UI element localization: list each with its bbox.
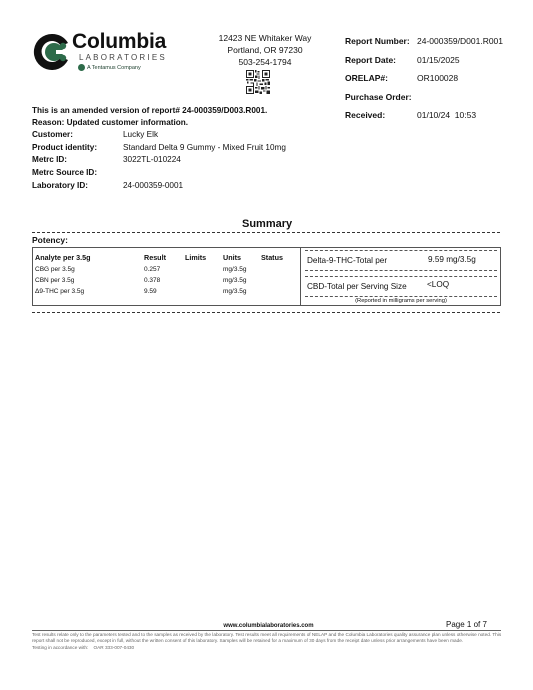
meta-row-report-date: Report Date: 01/15/2025 — [345, 51, 503, 70]
amendment-notice: This is an amended version of report# 24… — [32, 105, 267, 128]
report-meta: Report Number: 24-000359/D001.R001 Repor… — [345, 32, 503, 125]
cell-units: mg/3.5g — [223, 266, 261, 273]
logo-name: Columbia — [72, 30, 166, 54]
total-value-cbd: <LOQ — [427, 280, 449, 289]
cell-result: 0.378 — [144, 277, 185, 284]
columbia-logo-icon — [32, 32, 72, 72]
logo-parent-company: A Tentamus Company — [78, 64, 141, 71]
meta-row-orelap: ORELAP#: OR100028 — [345, 69, 503, 88]
potency-table: Analyte per 3.5g Result Limits Units Sta… — [33, 248, 301, 305]
logo-subtitle: LABORATORIES — [79, 53, 167, 62]
info-label: Metrc ID: — [32, 155, 123, 164]
potency-label: Potency: — [32, 235, 68, 245]
lab-address: 12423 NE Whitaker Way Portland, OR 97230… — [190, 32, 340, 68]
amendment-reason: Reason: Updated customer information. — [32, 117, 267, 129]
customer-info: Customer: Lucky Elk Product identity: St… — [32, 128, 286, 192]
tentamus-icon — [78, 64, 85, 71]
reporting-note: (Reported in milligrams per serving) — [303, 298, 499, 304]
meta-value: 24-000359/D001.R001 — [417, 36, 503, 46]
table-row: CBG per 3.5g 0.257 mg/3.5g — [35, 264, 301, 275]
info-label: Product identity: — [32, 143, 123, 152]
divider-dashed — [305, 270, 497, 271]
meta-label: Report Number: — [345, 36, 417, 46]
meta-row-purchase-order: Purchase Order: — [345, 88, 503, 107]
meta-row-received: Received: 01/10/24 10:53 — [345, 106, 503, 125]
total-label-d9thc: Delta-9-THC-Total per — [307, 256, 387, 265]
meta-value: 01/15/2025 — [417, 55, 460, 65]
qr-code-icon[interactable] — [246, 70, 270, 94]
address-city: Portland, OR 97230 — [190, 44, 340, 56]
meta-label: Report Date: — [345, 55, 417, 65]
info-row-metrc-source-id: Metrc Source ID: — [32, 166, 286, 179]
info-row-laboratory-id: Laboratory ID: 24-000359-0001 — [32, 179, 286, 192]
amendment-line: This is an amended version of report# 24… — [32, 105, 267, 117]
col-units: Units — [223, 253, 261, 262]
info-label: Metrc Source ID: — [32, 168, 123, 177]
divider-dashed — [32, 232, 500, 233]
divider-dashed — [305, 276, 497, 277]
cell-result: 0.257 — [144, 266, 185, 273]
address-phone: 503-254-1794 — [190, 56, 340, 68]
info-value: Lucky Elk — [123, 130, 158, 139]
company-logo: Columbia LABORATORIES A Tentamus Company — [32, 28, 162, 74]
info-row-metrc-id: Metrc ID: 3022TL-010224 — [32, 154, 286, 167]
potency-box: Analyte per 3.5g Result Limits Units Sta… — [32, 247, 501, 306]
potency-table-header: Analyte per 3.5g Result Limits Units Sta… — [35, 251, 301, 264]
summary-title: Summary — [242, 218, 292, 230]
cell-analyte: Δ9-THC per 3.5g — [35, 288, 144, 295]
table-row: CBN per 3.5g 0.378 mg/3.5g — [35, 275, 301, 286]
meta-label: Received: — [345, 110, 417, 120]
info-value: Standard Delta 9 Gummy - Mixed Fruit 10m… — [123, 143, 286, 152]
meta-value: OR100028 — [417, 73, 458, 83]
cell-result: 9.59 — [144, 288, 185, 295]
divider-dashed — [305, 296, 497, 297]
page-number: Page 1 of 7 — [446, 620, 487, 629]
cell-analyte: CBN per 3.5g — [35, 277, 144, 284]
cell-units: mg/3.5g — [223, 277, 261, 284]
footer-divider — [32, 630, 501, 631]
divider-dashed — [32, 312, 500, 313]
meta-row-report-number: Report Number: 24-000359/D001.R001 — [345, 32, 503, 51]
info-label: Laboratory ID: — [32, 181, 123, 190]
col-result: Result — [144, 253, 185, 262]
cell-units: mg/3.5g — [223, 288, 261, 295]
info-value: 3022TL-010224 — [123, 155, 181, 164]
meta-label: ORELAP#: — [345, 73, 417, 83]
cell-analyte: CBG per 3.5g — [35, 266, 144, 273]
info-label: Customer: — [32, 130, 123, 139]
disclaimer-text: Test results relate only to the paramete… — [32, 632, 502, 645]
potency-totals: Delta-9-THC-Total per 9.59 mg/3.5g CBD-T… — [303, 248, 499, 305]
total-value-d9thc: 9.59 mg/3.5g — [428, 255, 476, 264]
table-row: Δ9-THC per 3.5g 9.59 mg/3.5g — [35, 286, 301, 297]
testing-standard: Testing in accordance with: OAR 333-007-… — [32, 645, 502, 651]
col-analyte: Analyte per 3.5g — [35, 253, 144, 262]
meta-value: 01/10/24 10:53 — [417, 110, 476, 120]
divider-dashed — [305, 250, 497, 251]
address-street: 12423 NE Whitaker Way — [190, 32, 340, 44]
col-limits: Limits — [185, 253, 223, 262]
footer-disclaimer: Test results relate only to the paramete… — [32, 632, 502, 651]
col-status: Status — [261, 253, 301, 262]
info-value: 24-000359-0001 — [123, 181, 183, 190]
logo-parent-text: A Tentamus Company — [87, 65, 141, 71]
info-row-product: Product identity: Standard Delta 9 Gummy… — [32, 141, 286, 154]
total-label-cbd: CBD-Total per Serving Size — [307, 282, 407, 291]
footer-website-link[interactable]: www.columbialaboratories.com — [200, 623, 337, 629]
info-row-customer: Customer: Lucky Elk — [32, 128, 286, 141]
meta-label: Purchase Order: — [345, 92, 412, 102]
